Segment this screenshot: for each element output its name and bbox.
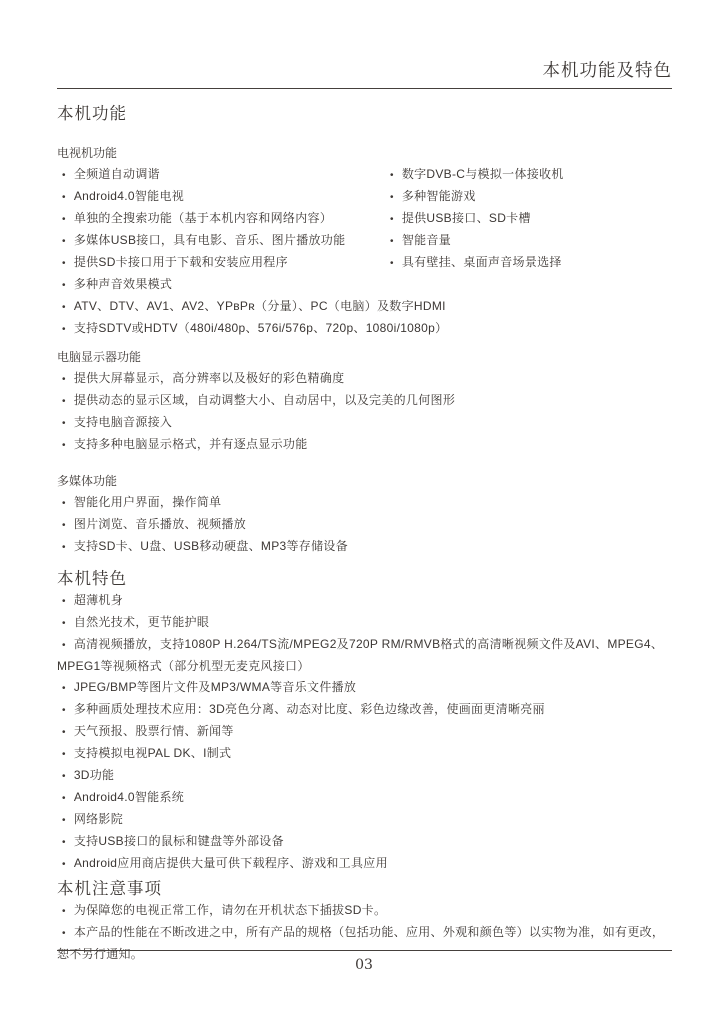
list-item: 多媒体USB接口，具有电影、音乐、图片播放功能 (57, 230, 385, 252)
list-item: Android应用商店提供大量可供下载程序、游戏和工具应用 (57, 853, 672, 875)
list-item: 支持模拟电视PAL DK、I制式 (57, 743, 672, 765)
list-item: 支持SDTV或HDTV（480i/480p、576i/576p、720p、108… (57, 318, 672, 340)
header-divider (57, 88, 672, 89)
list-item: Android4.0智能电视 (57, 186, 385, 208)
footer-divider (57, 950, 672, 951)
list-item: 天气预报、股票行情、新闻等 (57, 721, 672, 743)
list-item: 网络影院 (57, 809, 672, 831)
multimedia-functions-list: 智能化用户界面，操作简单 图片浏览、音乐播放、视频播放 支持SD卡、U盘、USB… (57, 492, 672, 558)
notes-list: 为保障您的电视正常工作，请勿在开机状态下插拔SD卡。 本产品的性能在不断改进之中… (57, 900, 672, 965)
tv-functions-columns: 全频道自动调谐 Android4.0智能电视 单独的全搜索功能（基于本机内容和网… (57, 164, 672, 274)
tv-functions-right-list: 数字DVB-C与模拟一体接收机 多种智能游戏 提供USB接口、SD卡槽 智能音量… (385, 164, 672, 274)
list-item: 提供动态的显示区域，自动调整大小、自动居中，以及完美的几何图形 (57, 390, 672, 412)
section-heading-functions: 本机功能 (57, 103, 672, 125)
list-item: 自然光技术，更节能护眼 (57, 612, 672, 634)
list-item: 3D功能 (57, 765, 672, 787)
list-item: 智能音量 (385, 230, 672, 252)
page-number: 03 (0, 957, 728, 973)
list-item: ATV、DTV、AV1、AV2、YPʙPʀ（分量）、PC（电脑）及数字HDMI (57, 296, 672, 318)
list-item: 为保障您的电视正常工作，请勿在开机状态下插拔SD卡。 (57, 900, 672, 922)
manual-page: 本机功能及特色 本机功能 电视机功能 全频道自动调谐 Android4.0智能电… (0, 0, 728, 1021)
list-item: 提供SD卡接口用于下载和安装应用程序 (57, 252, 385, 274)
section-heading-features: 本机特色 (57, 568, 672, 590)
list-item: 具有壁挂、桌面声音场景选择 (385, 252, 672, 274)
list-item: Android4.0智能系统 (57, 787, 672, 809)
list-item: 支持多种电脑显示格式，并有逐点显示功能 (57, 434, 672, 456)
list-item: 支持电脑音源接入 (57, 412, 672, 434)
list-item: 多种智能游戏 (385, 186, 672, 208)
list-item: 支持USB接口的鼠标和键盘等外部设备 (57, 831, 672, 853)
list-item: JPEG/BMP等图片文件及MP3/WMA等音乐文件播放 (57, 677, 672, 699)
subsection-multimedia-functions: 多媒体功能 (57, 471, 672, 492)
tv-functions-fullwidth-list: 多种声音效果模式 ATV、DTV、AV1、AV2、YPʙPʀ（分量）、PC（电脑… (57, 274, 672, 340)
list-item: 图片浏览、音乐播放、视频播放 (57, 514, 672, 536)
list-item: 数字DVB-C与模拟一体接收机 (385, 164, 672, 186)
page-header-title: 本机功能及特色 (57, 58, 672, 82)
list-item: 超薄机身 (57, 590, 672, 612)
tv-functions-left-list: 全频道自动调谐 Android4.0智能电视 单独的全搜索功能（基于本机内容和网… (57, 164, 385, 274)
list-item: 提供USB接口、SD卡槽 (385, 208, 672, 230)
section-heading-notes: 本机注意事项 (57, 878, 672, 900)
subsection-pc-monitor-functions: 电脑显示器功能 (57, 347, 672, 368)
list-item: 提供大屏幕显示，高分辨率以及极好的彩色精确度 (57, 368, 672, 390)
list-item: 全频道自动调谐 (57, 164, 385, 186)
pc-monitor-functions-list: 提供大屏幕显示，高分辨率以及极好的彩色精确度 提供动态的显示区域，自动调整大小、… (57, 368, 672, 456)
list-item: 多种画质处理技术应用：3D亮色分离、动态对比度、彩色边缘改善，使画面更清晰亮丽 (57, 699, 672, 721)
list-item: 支持SD卡、U盘、USB移动硬盘、MP3等存储设备 (57, 536, 672, 558)
subsection-tv-functions: 电视机功能 (57, 143, 672, 164)
list-item: 多种声音效果模式 (57, 274, 672, 296)
features-list: 超薄机身 自然光技术，更节能护眼 高清视频播放，支持1080P H.264/TS… (57, 590, 672, 875)
page-content: 本机功能及特色 本机功能 电视机功能 全频道自动调谐 Android4.0智能电… (0, 0, 728, 965)
list-item: 单独的全搜索功能（基于本机内容和网络内容） (57, 208, 385, 230)
list-item: 高清视频播放，支持1080P H.264/TS流/MPEG2及720P RM/R… (57, 634, 672, 677)
list-item: 智能化用户界面，操作简单 (57, 492, 672, 514)
